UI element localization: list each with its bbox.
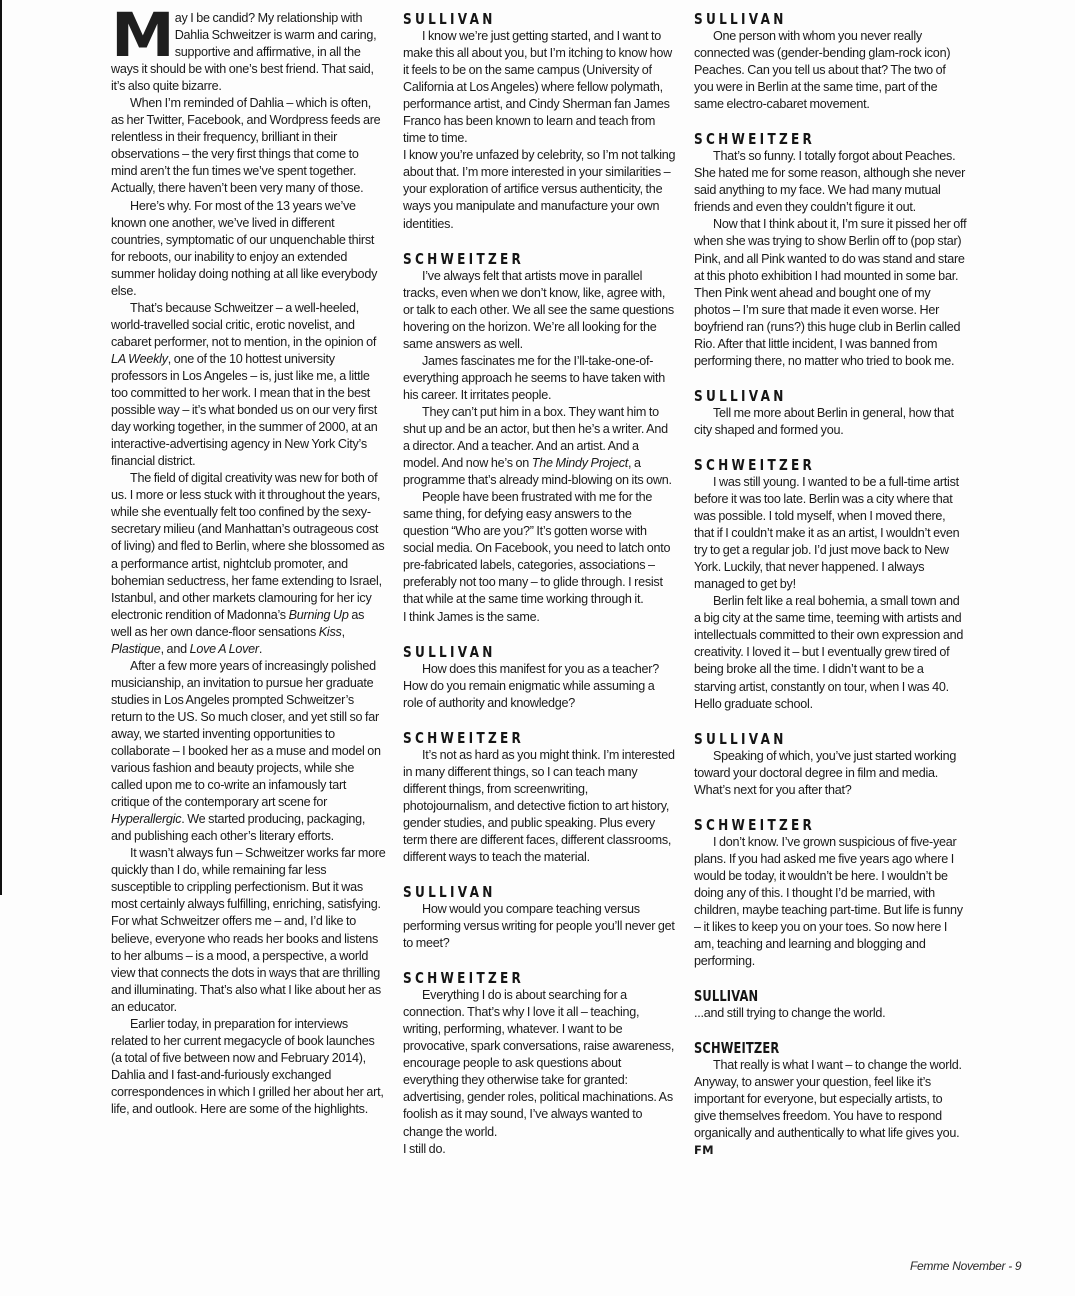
question-6: SULLIVAN Speaking of which, you’ve just …	[694, 730, 967, 799]
answer-text: People have been frustrated with me for …	[403, 489, 676, 608]
speaker-label: SULLIVAN	[403, 643, 616, 661]
question-4: SULLIVAN One person with whom you never …	[694, 10, 967, 113]
spacer	[694, 713, 967, 730]
speaker-label: SCHWEITZER	[403, 250, 616, 268]
spacer	[403, 233, 676, 250]
question-text: How would you compare teaching versus pe…	[403, 901, 676, 952]
column-interview-1: SULLIVAN I know we’re just getting start…	[403, 10, 676, 1158]
speaker-label: SCHWEITZER	[694, 130, 907, 148]
song-title: Kiss	[319, 625, 342, 639]
end-mark: FM	[694, 1143, 714, 1157]
speaker-label: SCHWEITZER	[694, 1039, 896, 1057]
question-text: I know you’re unfazed by celebrity, so I…	[403, 147, 676, 232]
text: , and	[161, 642, 190, 656]
answer-6: SCHWEITZER I don’t know. I’ve grown susp…	[694, 816, 967, 970]
answer-text: I was still young. I wanted to be a full…	[694, 474, 967, 593]
spacer	[403, 626, 676, 643]
spacer	[694, 370, 967, 387]
answer-4: SCHWEITZER That’s so funny. I totally fo…	[694, 130, 967, 370]
answer-text: James fascinates me for the I’ll-take-on…	[403, 353, 676, 404]
intro-paragraph-8: Earlier today, in preparation for interv…	[111, 1016, 386, 1118]
intro-paragraph-3: Here’s why. For most of the 13 years we’…	[111, 198, 386, 300]
answer-7: SCHWEITZER That really is what I want – …	[694, 1039, 967, 1159]
speaker-label: SULLIVAN	[694, 730, 907, 748]
answer-text: I still do.	[403, 1141, 676, 1158]
text: , one of the 10 hottest university profe…	[111, 352, 378, 468]
answer-text: Now that I think about it, I’m sure it p…	[694, 216, 967, 369]
spacer	[694, 113, 967, 130]
spacer	[694, 799, 967, 816]
answer-1: SCHWEITZER I’ve always felt that artists…	[403, 250, 676, 626]
answer-3: SCHWEITZER Everything I do is about sear…	[403, 969, 676, 1157]
intro-paragraph-2: When I’m reminded of Dahlia – which is o…	[111, 95, 386, 197]
question-2: SULLIVAN How does this manifest for you …	[403, 643, 676, 712]
text: That’s because Schweitzer – a well-heele…	[111, 301, 376, 349]
answer-text: That really is what I want – to change t…	[694, 1057, 967, 1159]
spacer	[694, 1022, 967, 1039]
speaker-label: SULLIVAN	[694, 987, 896, 1005]
question-3: SULLIVAN How would you compare teaching …	[403, 883, 676, 952]
question-text: I know we’re just getting started, and I…	[403, 28, 676, 147]
speaker-label: SCHWEITZER	[694, 456, 907, 474]
intro-paragraph-5: The field of digital creativity was new …	[111, 470, 386, 658]
drop-cap: M	[111, 14, 172, 60]
show-title: The Mindy Project	[532, 456, 628, 470]
publication-title: LA Weekly	[111, 352, 168, 366]
intro-paragraph-4: That’s because Schweitzer – a well-heele…	[111, 300, 386, 470]
text: The field of digital creativity was new …	[111, 471, 384, 621]
intro-paragraph-6: After a few more years of increasingly p…	[111, 658, 386, 846]
spacer	[694, 439, 967, 456]
text: ,	[342, 625, 345, 639]
spacer	[403, 712, 676, 729]
spacer	[403, 866, 676, 883]
answer-text: It’s not as hard as you might think. I’m…	[403, 747, 676, 866]
question-text: ...and still trying to change the world.	[694, 1005, 967, 1022]
speaker-label: SULLIVAN	[694, 10, 907, 28]
answer-2: SCHWEITZER It’s not as hard as you might…	[403, 729, 676, 866]
answer-text: I’ve always felt that artists move in pa…	[403, 268, 676, 353]
question-1: SULLIVAN I know we’re just getting start…	[403, 10, 676, 233]
speaker-label: SCHWEITZER	[403, 729, 616, 747]
answer-text: They can’t put him in a box. They want h…	[403, 404, 676, 489]
column-interview-2: SULLIVAN One person with whom you never …	[694, 10, 967, 1159]
intro-paragraph-7: It wasn’t always fun – Schweitzer works …	[111, 845, 386, 1015]
speaker-label: SCHWEITZER	[403, 969, 616, 987]
speaker-label: SULLIVAN	[403, 10, 616, 28]
question-text: How does this manifest for you as a teac…	[403, 661, 676, 712]
question-text: Speaking of which, you’ve just started w…	[694, 748, 967, 799]
column-intro: May I be candid? My relationship with Da…	[111, 10, 386, 1118]
song-title: Love A Lover	[190, 642, 259, 656]
question-5: SULLIVAN Tell me more about Berlin in ge…	[694, 387, 967, 439]
publication-title: Hyperallergic	[111, 812, 181, 826]
answer-text: Berlin felt like a real bohemia, a small…	[694, 593, 967, 712]
page-edge-rule	[0, 0, 2, 895]
text: After a few more years of increasingly p…	[111, 659, 381, 809]
answer-text: That’s so funny. I totally forgot about …	[694, 148, 967, 216]
answer-text: I think James is the same.	[403, 609, 676, 626]
text: .	[259, 642, 262, 656]
spacer	[694, 970, 967, 987]
speaker-label: SCHWEITZER	[694, 816, 907, 834]
speaker-label: SULLIVAN	[694, 387, 907, 405]
song-title: Plastique	[111, 642, 161, 656]
answer-5: SCHWEITZER I was still young. I wanted t…	[694, 456, 967, 713]
question-7: SULLIVAN ...and still trying to change t…	[694, 987, 967, 1022]
text: That really is what I want – to change t…	[694, 1058, 962, 1140]
intro-paragraph-1: May I be candid? My relationship with Da…	[111, 10, 386, 95]
page-folio: Femme November - 9	[910, 1259, 1021, 1273]
answer-text: I don’t know. I’ve grown suspicious of f…	[694, 834, 967, 970]
speaker-label: SULLIVAN	[403, 883, 616, 901]
song-title: Burning Up	[289, 608, 349, 622]
question-text: One person with whom you never really co…	[694, 28, 967, 113]
spacer	[403, 952, 676, 969]
answer-text: Everything I do is about searching for a…	[403, 987, 676, 1140]
question-text: Tell me more about Berlin in general, ho…	[694, 405, 967, 439]
